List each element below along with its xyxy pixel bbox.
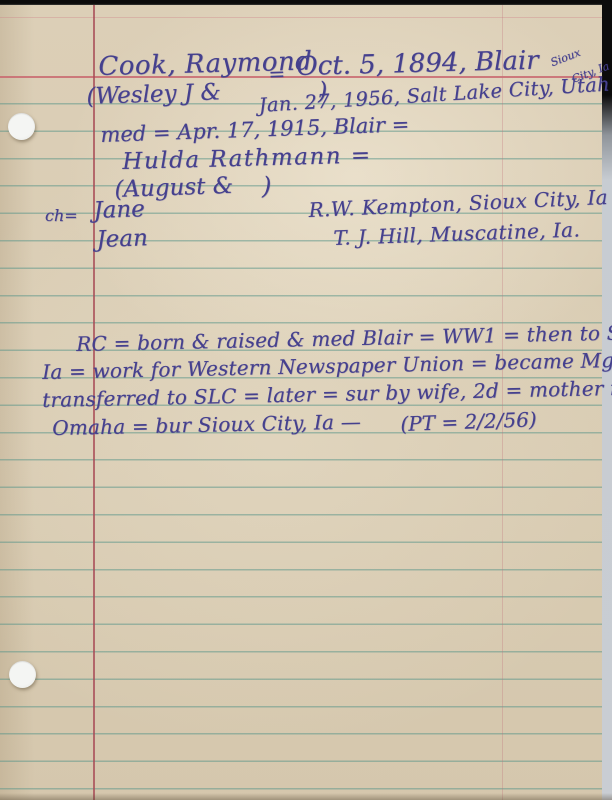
birth-info: Oct. 5, 1894, Blair xyxy=(296,46,539,82)
scan-edge-top xyxy=(0,0,612,5)
spouse-name: Hulda Rathmann = xyxy=(122,142,372,175)
children-label: ch= xyxy=(45,206,78,225)
contact-reference-2: T. J. Hill, Muscatine, Ia. xyxy=(333,217,581,250)
spouse-father-paren-close: ) xyxy=(262,172,271,200)
notebook-page-scan: Cook, Raymond = Oct. 5, 1894, Blair (Wes… xyxy=(0,0,612,800)
death-note-line1: Sioux xyxy=(549,46,583,69)
equals-separator: = xyxy=(268,61,286,86)
child-name-2: Jean xyxy=(96,225,148,253)
punch-hole-top xyxy=(8,113,35,140)
father-name: (Wesley J & xyxy=(86,79,221,110)
top-faint-line xyxy=(0,17,612,18)
scan-edge-bottom xyxy=(0,793,612,800)
punch-hole-bottom xyxy=(9,661,36,688)
source-citation: (PT = 2/2/56) xyxy=(400,407,537,436)
biography-line-4: Omaha = bur Sioux City, Ia — xyxy=(52,410,361,440)
child-name-1: Jane xyxy=(93,196,145,224)
contact-reference-1: R.W. Kempton, Sioux City, Ia xyxy=(308,185,608,222)
